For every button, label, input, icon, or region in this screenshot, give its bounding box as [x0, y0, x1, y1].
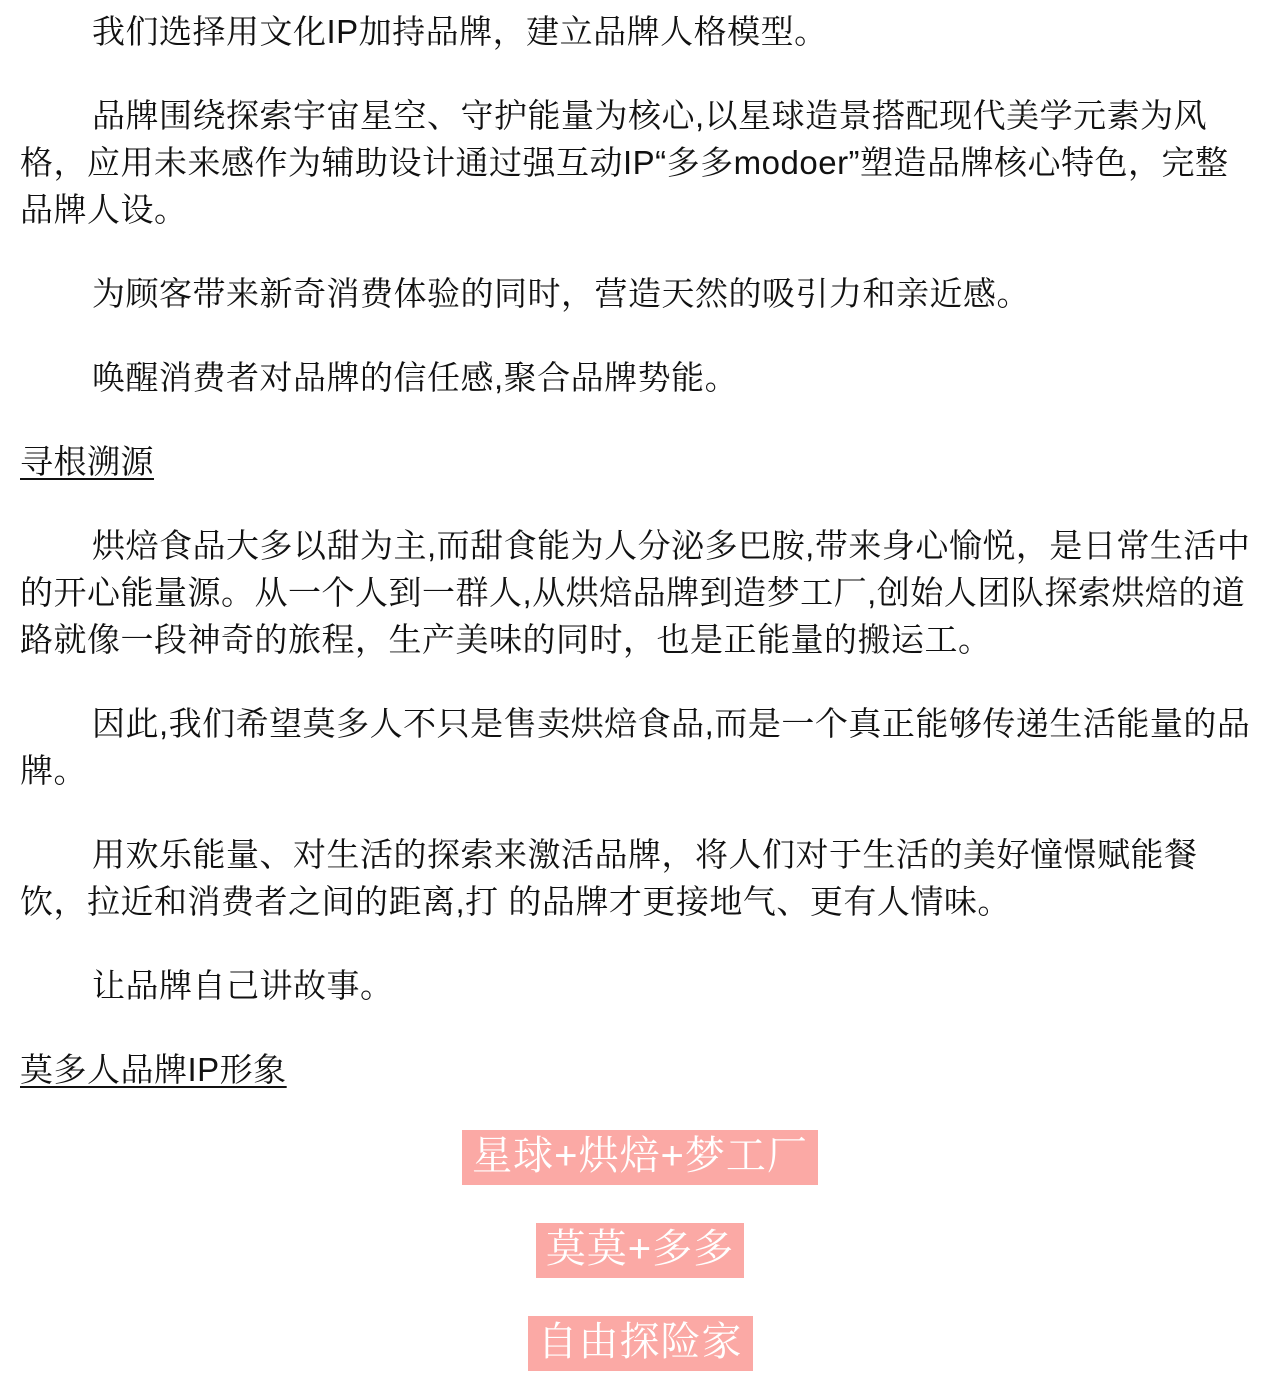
brand-story-document: 我们选择用文化IP加持品牌，建立品牌人格模型。 品牌围绕探索宇宙星空、守护能量为… — [0, 0, 1280, 1371]
highlighted-keyword-planet-baking-dreamworks: 星球+烘焙+梦工厂 — [462, 1130, 818, 1185]
paragraph-brand-trust: 唤醒消费者对品牌的信任感,聚合品牌势能。 — [20, 354, 1260, 401]
paragraph-brand-ip-model: 我们选择用文化IP加持品牌，建立品牌人格模型。 — [20, 8, 1260, 55]
paragraph-brand-core-style: 品牌围绕探索宇宙星空、守护能量为核心,以星球造景搭配现代美学元素为风格，应用未来… — [20, 92, 1260, 233]
highlighted-keyword-momo-duoduo: 莫莫+多多 — [536, 1223, 744, 1278]
paragraph-baking-energy: 烘焙食品大多以甜为主,而甜食能为人分泌多巴胺,带来身心愉悦，是日常生活中的开心能… — [20, 522, 1260, 663]
paragraph-customer-experience: 为顾客带来新奇消费体验的同时，营造天然的吸引力和亲近感。 — [20, 270, 1260, 317]
paragraph-brand-storytelling: 让品牌自己讲故事。 — [20, 962, 1260, 1009]
highlighted-keyword-free-explorer: 自由探险家 — [528, 1316, 753, 1371]
keyword-line-2: 莫莫+多多 — [20, 1223, 1260, 1278]
keyword-line-1: 星球+烘焙+梦工厂 — [20, 1130, 1260, 1185]
section-heading-brand-ip-image: 莫多人品牌IP形象 — [20, 1046, 1260, 1093]
keyword-line-3: 自由探险家 — [20, 1316, 1260, 1371]
paragraph-joy-activation: 用欢乐能量、对生活的探索来激活品牌，将人们对于生活的美好憧憬赋能餐饮，拉近和消费… — [20, 831, 1260, 925]
paragraph-life-energy-brand: 因此,我们希望莫多人不只是售卖烘焙食品,而是一个真正能够传递生活能量的品牌。 — [20, 700, 1260, 794]
section-heading-origin: 寻根溯源 — [20, 438, 1260, 485]
